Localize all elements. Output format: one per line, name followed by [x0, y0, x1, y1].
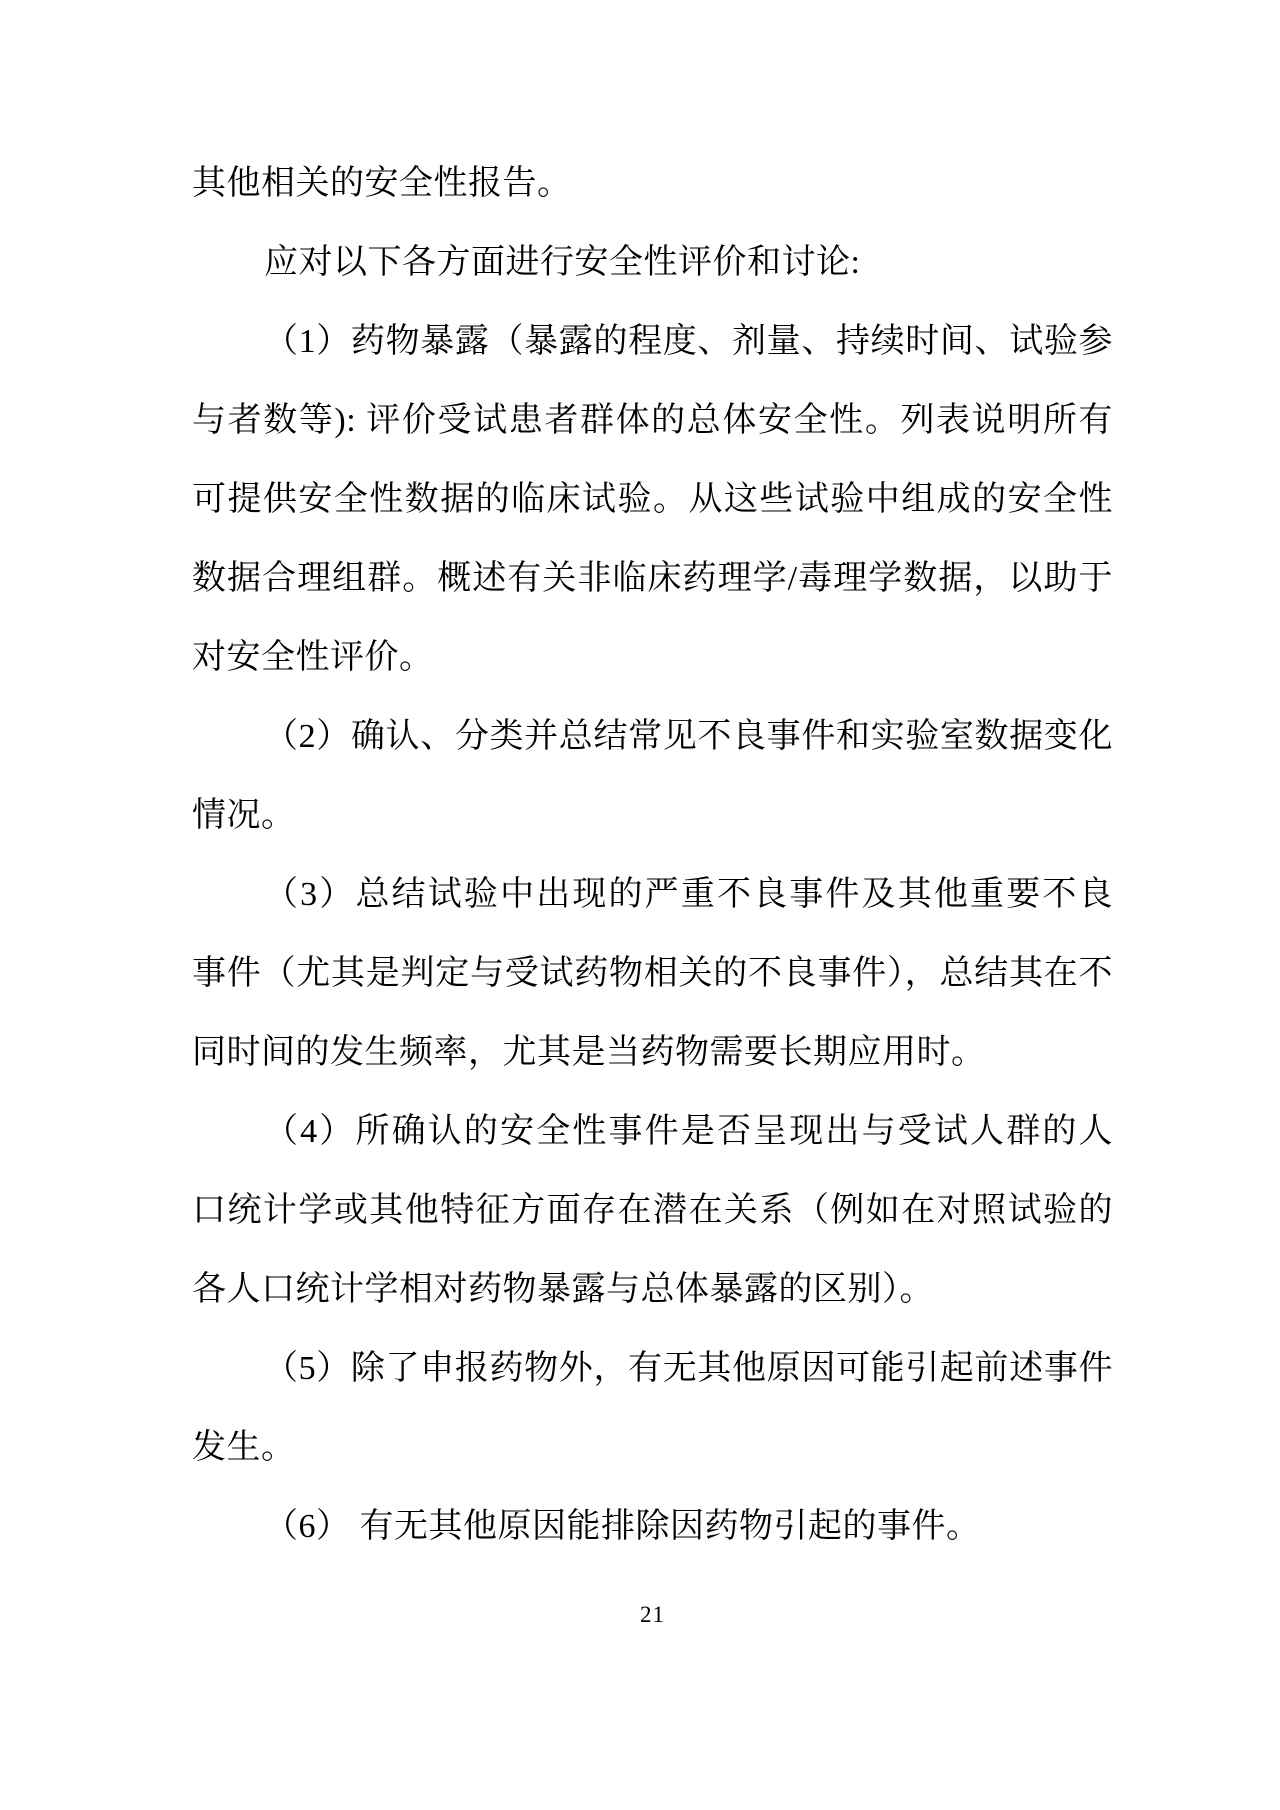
- text-line: （4）所确认的安全性事件是否呈现出与受试人群的人: [192, 1092, 1113, 1171]
- text-line: 同时间的发生频率，尤其是当药物需要长期应用时。: [192, 1013, 1113, 1092]
- text-line: 其他相关的安全性报告。: [192, 144, 1113, 223]
- text-line: （6） 有无其他原因能排除因药物引起的事件。: [192, 1487, 1113, 1566]
- text-line: 应对以下各方面进行安全性评价和讨论:: [192, 223, 1113, 302]
- text-line: 数据合理组群。概述有关非临床药理学/毒理学数据，以助于: [192, 539, 1113, 618]
- text-line: 对安全性评价。: [192, 618, 1113, 697]
- text-line: （3）总结试验中出现的严重不良事件及其他重要不良: [192, 855, 1113, 934]
- text-line: 口统计学或其他特征方面存在潜在关系（例如在对照试验的: [192, 1171, 1113, 1250]
- text-line: （5）除了申报药物外，有无其他原因可能引起前述事件: [192, 1329, 1113, 1408]
- page-number: 21: [192, 1600, 1113, 1630]
- text-line: 各人口统计学相对药物暴露与总体暴露的区别）。: [192, 1250, 1113, 1329]
- document-page: 其他相关的安全性报告。 应对以下各方面进行安全性评价和讨论: （1）药物暴露（暴…: [0, 0, 1280, 1810]
- text-line: （2）确认、分类并总结常见不良事件和实验室数据变化: [192, 697, 1113, 776]
- text-block: 其他相关的安全性报告。 应对以下各方面进行安全性评价和讨论: （1）药物暴露（暴…: [192, 144, 1113, 1566]
- text-line: 与者数等): 评价受试患者群体的总体安全性。列表说明所有: [192, 381, 1113, 460]
- text-line: 事件（尤其是判定与受试药物相关的不良事件），总结其在不: [192, 934, 1113, 1013]
- text-line: 可提供安全性数据的临床试验。从这些试验中组成的安全性: [192, 460, 1113, 539]
- text-line: （1）药物暴露（暴露的程度、剂量、持续时间、试验参: [192, 302, 1113, 381]
- text-line: 情况。: [192, 776, 1113, 855]
- text-line: 发生。: [192, 1408, 1113, 1487]
